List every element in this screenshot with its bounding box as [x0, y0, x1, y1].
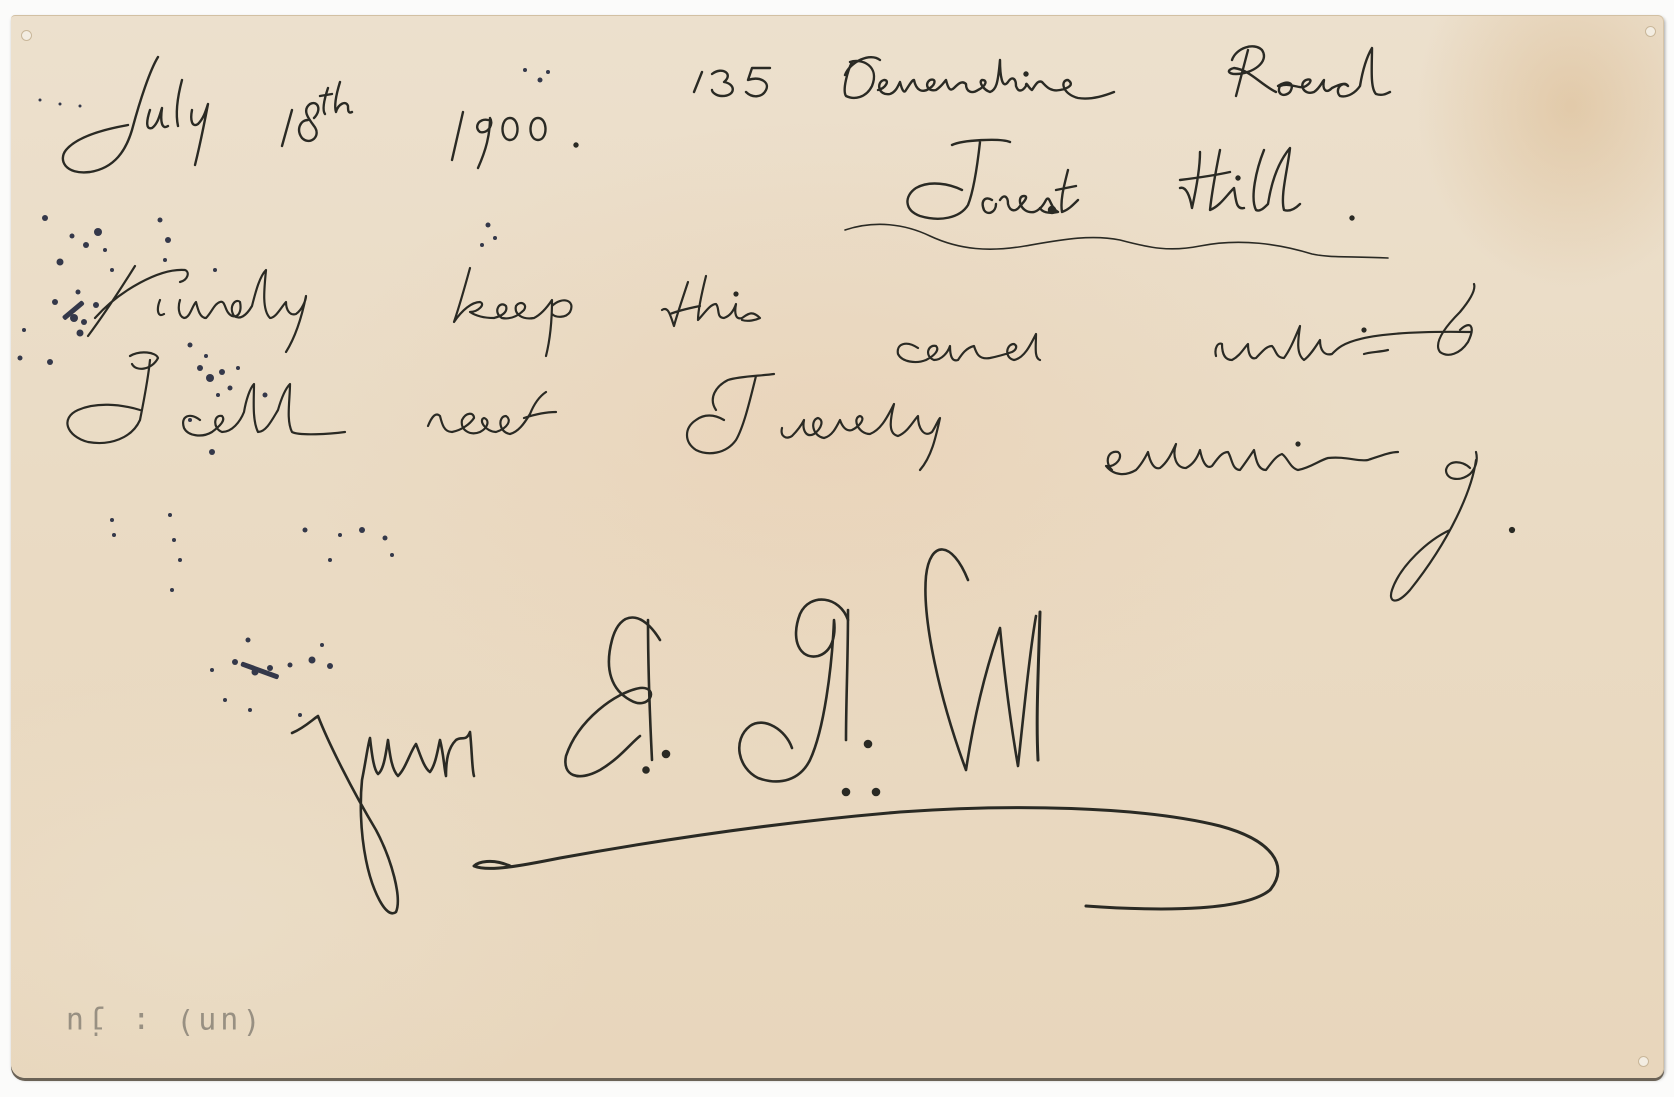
- address-line2-text: Forest Hill: [900, 140, 1340, 230]
- message-line1-text: Kindly keep this card until: [80, 268, 1480, 368]
- signature-flourish: [474, 808, 1278, 909]
- pencil-note: (un) : ju: [62, 1005, 261, 1040]
- closing-text: Yours: [290, 720, 480, 910]
- date-text: July 18th 1900.: [62, 60, 582, 180]
- address-line1-text: 135 Devonshire Road: [694, 44, 1454, 114]
- signature-text: E. G. W: [560, 540, 1050, 800]
- message-line2-text: I call next Tuesday evening.: [60, 376, 1500, 486]
